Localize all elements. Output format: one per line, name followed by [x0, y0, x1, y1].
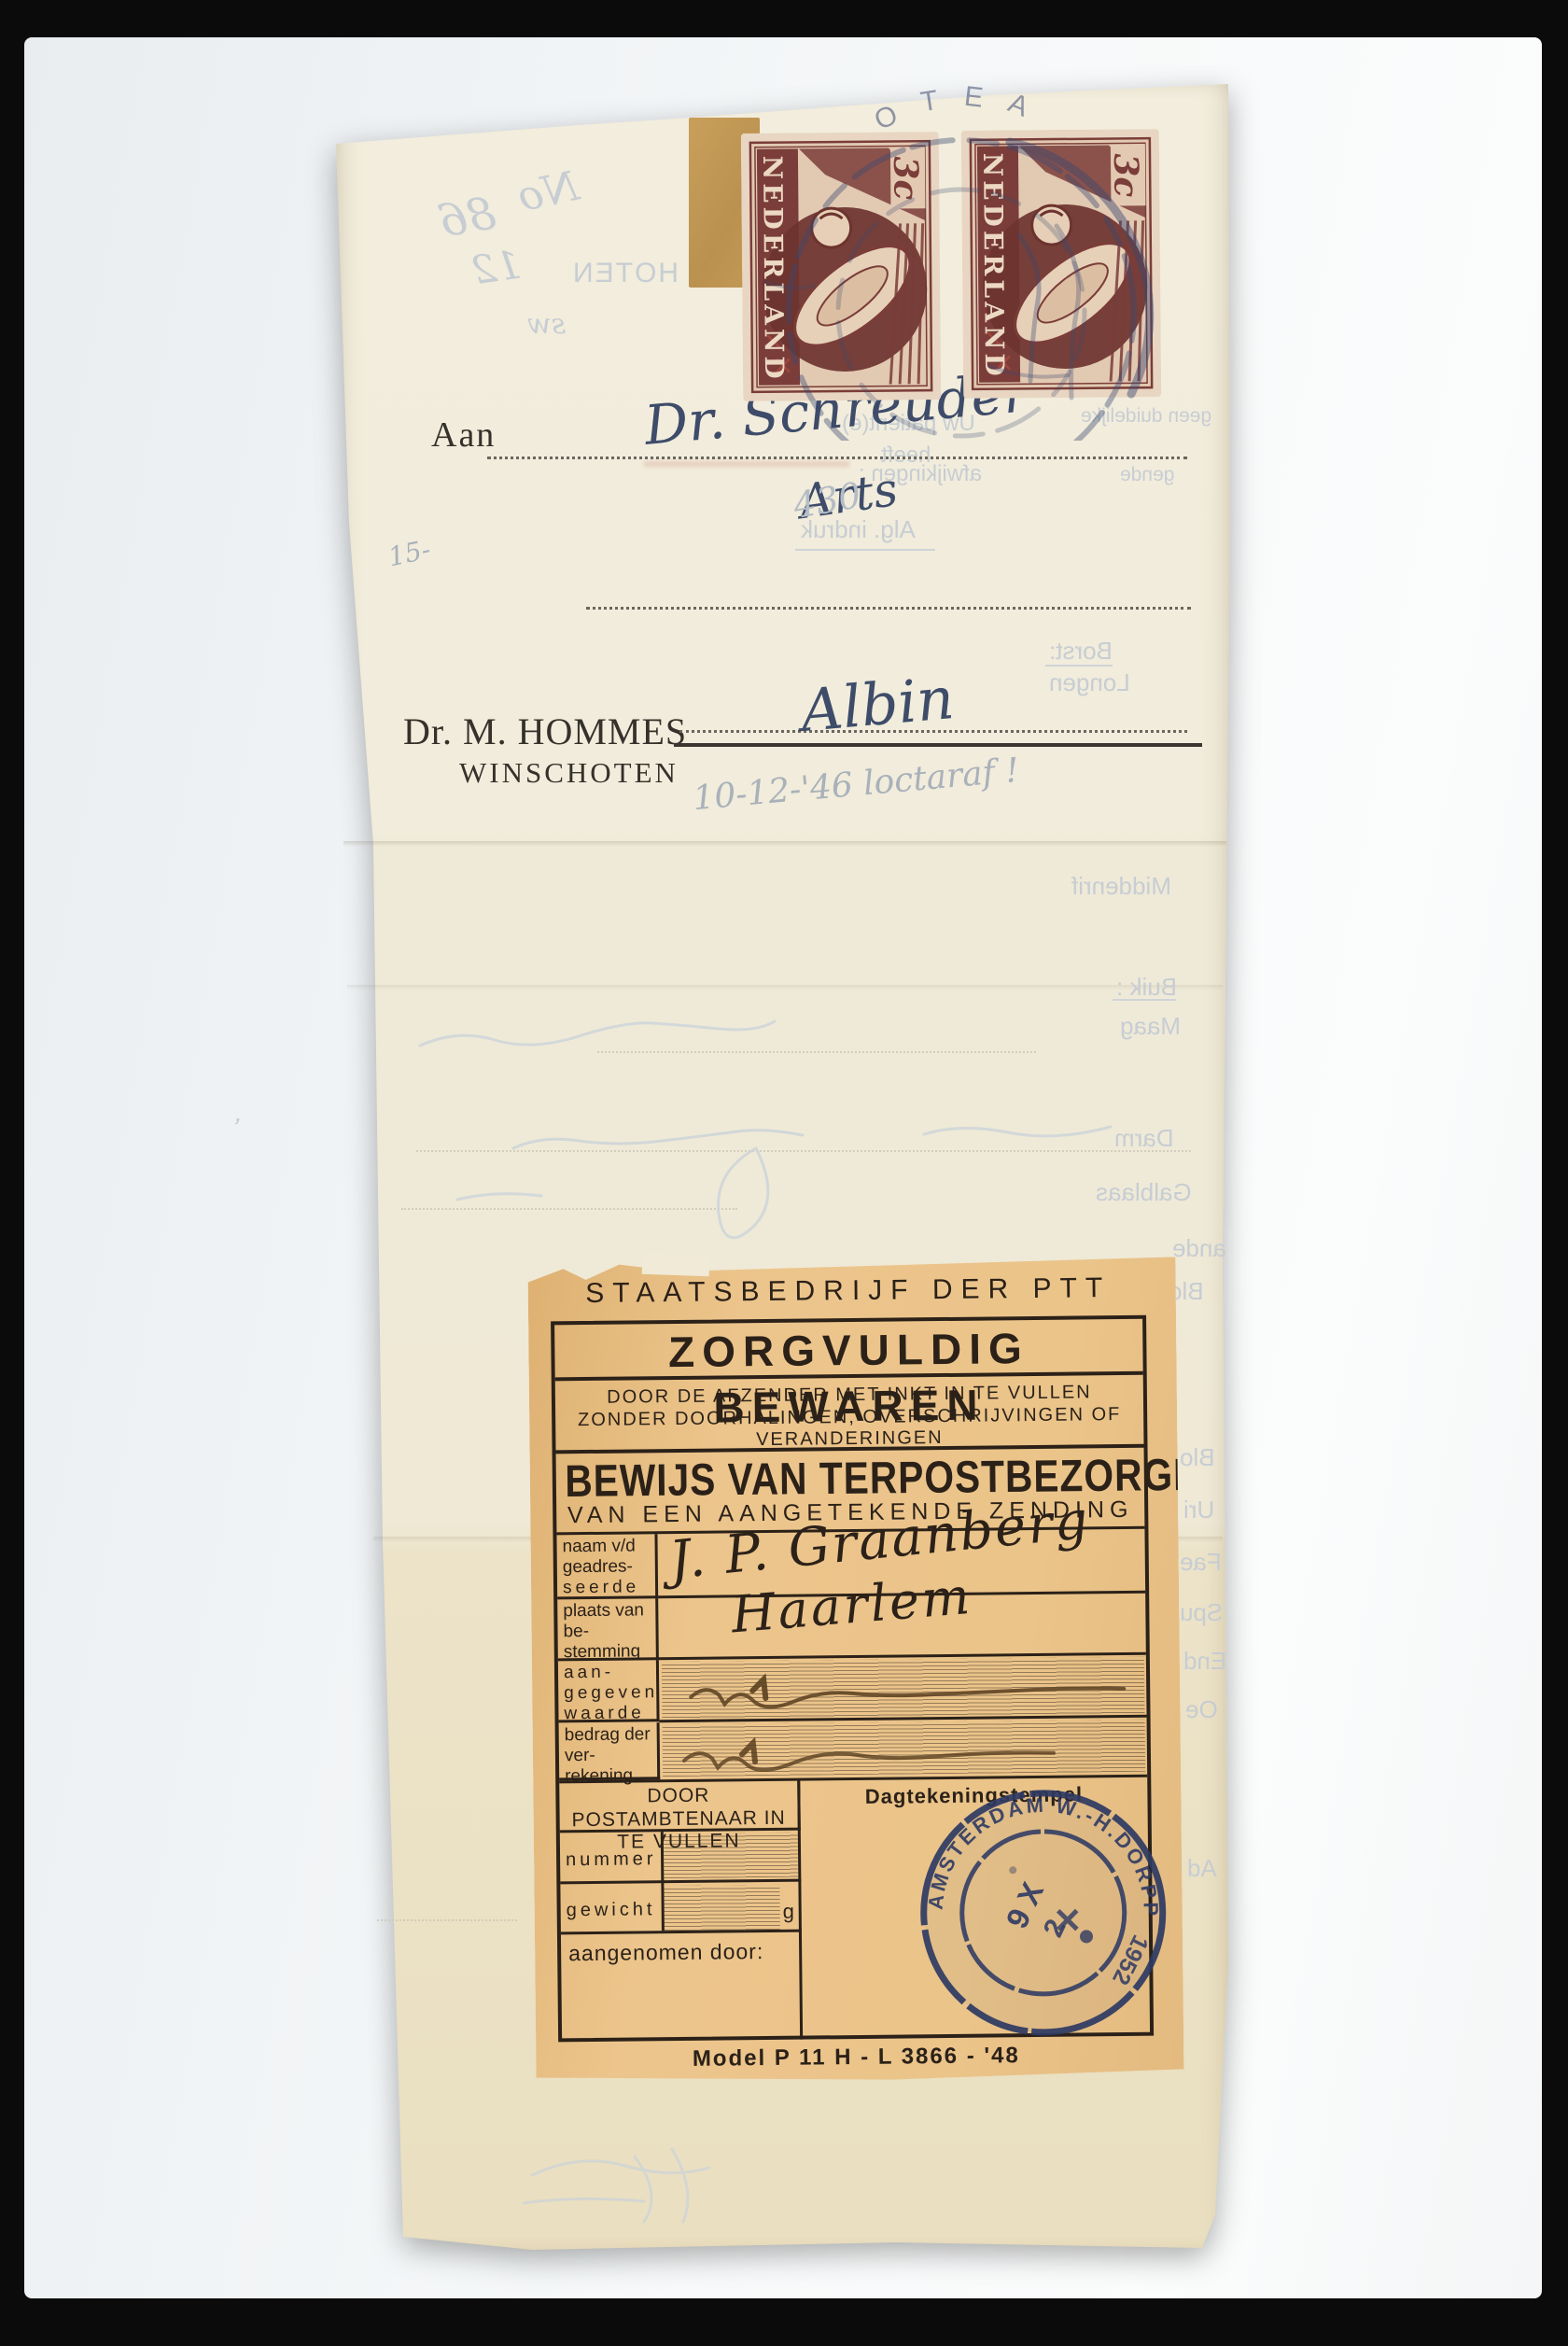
cancel-town-fragment: OTEA	[870, 86, 1056, 136]
field-label-waarde: aan- gegeven waarde	[558, 1660, 660, 1722]
label-line: seerde	[563, 1577, 655, 1598]
bleed-text: Middenrif	[1071, 872, 1171, 901]
bleed-text: Borst:	[1049, 637, 1113, 666]
bleed-underline	[795, 549, 935, 551]
accepted-by-label: aangenomen door:	[568, 1939, 763, 1966]
svg-text:OTEA: OTEA	[870, 86, 1056, 136]
receipt-agency-line: STAATSBEDRIJF DER PTT	[551, 1272, 1146, 1311]
fold-crease	[343, 841, 1226, 847]
bleed-text: 86	[435, 187, 500, 248]
gewicht-hatched-cell	[664, 1885, 779, 1931]
ghost-handwriting-bottom	[523, 2138, 915, 2241]
ptt-receipt-card: STAATSBEDRIJF DER PTT ZORGVULDIG BEWAREN…	[527, 1257, 1183, 2083]
label-line: plaats van	[563, 1600, 655, 1622]
bleed-text: Oe	[1185, 1695, 1218, 1724]
label-line: naam v/d	[562, 1536, 654, 1557]
label-line: bedrag der	[565, 1724, 657, 1746]
value-strike-squiggles	[672, 1659, 1140, 1785]
field-label-bedrag: bedrag der ver- rekening	[559, 1722, 661, 1780]
signature-rule-solid	[674, 743, 1202, 747]
field-label-naam: naam v/d geadres- seerde	[556, 1534, 658, 1599]
red-smudge	[644, 461, 849, 467]
bleed-text: Fae	[1180, 1548, 1222, 1577]
field-label-plaats: plaats van be- stemming	[557, 1598, 659, 1661]
clerk-section-header: DOOR POSTAMBTENAAR IN TE VULLEN	[559, 1781, 801, 1833]
bleed-underline	[1045, 665, 1113, 667]
aan-label: Aan	[431, 414, 496, 456]
bleed-text: Buik :	[1116, 973, 1177, 1002]
card-torn-notch	[642, 1254, 710, 1276]
clerk-header-line: DOOR POSTAMBTENAAR IN	[559, 1783, 798, 1833]
nummer-label: nummer	[566, 1848, 657, 1870]
bleed-underline	[1113, 999, 1176, 1001]
address-rule-2	[586, 607, 1191, 610]
ghost-handwriting	[401, 1008, 1223, 1251]
bleed-text: Blo	[1180, 1443, 1215, 1472]
gewicht-label: gewicht	[567, 1899, 656, 1920]
faint-rule	[377, 1919, 517, 1921]
address-rule	[487, 457, 1187, 459]
label-line: waarde	[564, 1703, 656, 1724]
bleed-text: Longen	[1049, 668, 1130, 697]
bleed-text: 12	[469, 242, 525, 294]
bleed-text: End	[1183, 1647, 1226, 1676]
fold-crease	[347, 985, 1223, 990]
rotterdam-cancel-postmark: OTEA	[709, 86, 1204, 441]
model-line: Model P 11 H - L 3866 - '48	[558, 2042, 1154, 2074]
ink-word-handwriting: Albin	[798, 664, 957, 745]
amsterdam-datestamp-postmark: AMSTERDAM W.-H.DORPPL. 1952 9 X 2	[909, 1778, 1177, 2046]
label-line: aan-	[564, 1662, 656, 1683]
receipt-instructions: DOOR DE AFZENDER MET INKT IN TE VULLEN Z…	[555, 1379, 1144, 1454]
bleed-text: gende	[1120, 464, 1174, 486]
sender-name: Dr. M. HOMMES	[403, 709, 687, 753]
label-line: gegeven	[564, 1682, 656, 1704]
receipt-keep-notice: ZORGVULDIG BEWAREN	[554, 1319, 1143, 1382]
bleed-text: Spu	[1180, 1598, 1223, 1627]
sender-city: WINSCHOTEN	[459, 756, 679, 790]
bleed-text: sw	[527, 308, 566, 341]
bleed-text: Uri	[1183, 1496, 1214, 1524]
photo-of-postal-document: { "photo": { "background": "#0b0b0b", "b…	[0, 0, 1568, 2346]
gram-unit: g	[783, 1900, 795, 1924]
label-line: be-	[563, 1621, 655, 1642]
bleed-text: Ad	[1187, 1854, 1217, 1883]
label-line: geadres-	[563, 1556, 655, 1578]
bleed-text: HOTEN	[571, 258, 679, 289]
nummer-hatched-cell	[664, 1833, 798, 1879]
label-line: ver-	[565, 1745, 657, 1766]
